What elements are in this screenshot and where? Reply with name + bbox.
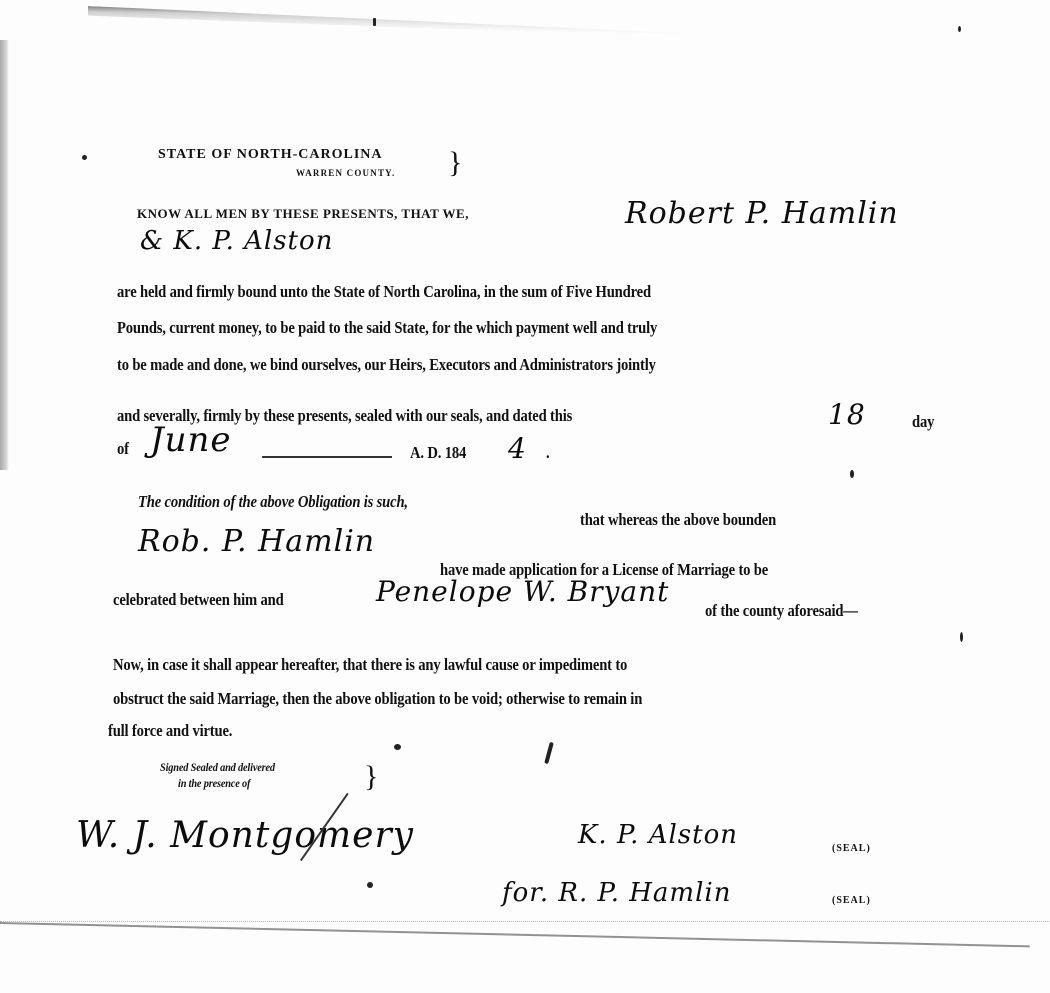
signature-1-name: K. P. Alston — [578, 820, 738, 850]
day-label: day — [912, 412, 934, 432]
handwritten-surety-name: & K. P. Alston — [140, 226, 333, 256]
condition-line-3-suffix: of the county aforesaid— — [705, 601, 858, 621]
year-prefix: A. D. 184 — [410, 443, 466, 463]
scan-bottom-page-edge — [0, 922, 1030, 947]
witness-label-line-1: Signed Sealed and delivered — [160, 760, 275, 775]
condition-line-5: obstruct the said Marriage, then the abo… — [113, 689, 642, 709]
handwritten-day: 18 — [828, 398, 866, 431]
opening-printed-text: KNOW ALL MEN BY THESE PRESENTS, THAT WE, — [137, 206, 469, 222]
ink-speck — [82, 155, 87, 160]
header-county: WARREN COUNTY. — [296, 168, 395, 178]
date-fill-line — [262, 456, 392, 458]
ink-speck — [544, 742, 554, 764]
condition-line-4: Now, in case it shall appear hereafter, … — [113, 655, 627, 675]
ink-speck — [958, 26, 961, 32]
condition-line-3-prefix: celebrated between him and — [113, 590, 284, 610]
body-line-2: Pounds, current money, to be paid to the… — [117, 318, 657, 338]
signature-1-seal: (SEAL) — [832, 843, 871, 854]
ink-speck — [960, 632, 963, 642]
signature-2-name: for. R. P. Hamlin — [502, 878, 731, 908]
witness-brace: } — [364, 762, 378, 792]
condition-lead-rest: that whereas the above bounden — [580, 510, 776, 530]
of-label: of — [117, 439, 129, 459]
signature-2-seal: (SEAL) — [832, 895, 871, 906]
ink-speck — [367, 882, 373, 888]
ink-speck — [394, 744, 401, 750]
header-brace: } — [448, 148, 462, 178]
scan-bottom-dotted-line — [0, 921, 1050, 923]
handwritten-bride-name: Penelope W. Bryant — [376, 575, 669, 608]
handwritten-month: June — [150, 420, 232, 460]
witness-signature: W. J. Montgomery — [76, 815, 414, 856]
handwritten-principal-name: Robert P. Hamlin — [625, 196, 899, 231]
handwritten-year-digit: 4 — [508, 432, 527, 465]
body-line-1: are held and firmly bound unto the State… — [117, 282, 651, 302]
scan-top-fold-mark — [88, 6, 1048, 52]
header-state: STATE OF NORTH-CAROLINA — [158, 147, 383, 163]
scanned-document-page: STATE OF NORTH-CAROLINA WARREN COUNTY. }… — [0, 0, 1050, 993]
witness-label-line-2: in the presence of — [178, 776, 250, 791]
handwritten-bounden-name: Rob. P. Hamlin — [138, 524, 375, 559]
scan-left-edge-shadow — [0, 40, 9, 470]
condition-line-6: full force and virtue. — [108, 721, 232, 741]
ink-speck — [373, 18, 376, 26]
ink-speck — [850, 470, 854, 478]
condition-lead-italic: The condition of the above Obligation is… — [138, 492, 408, 512]
body-line-3: to be made and done, we bind ourselves, … — [117, 355, 656, 375]
year-end-period: . — [546, 443, 549, 463]
